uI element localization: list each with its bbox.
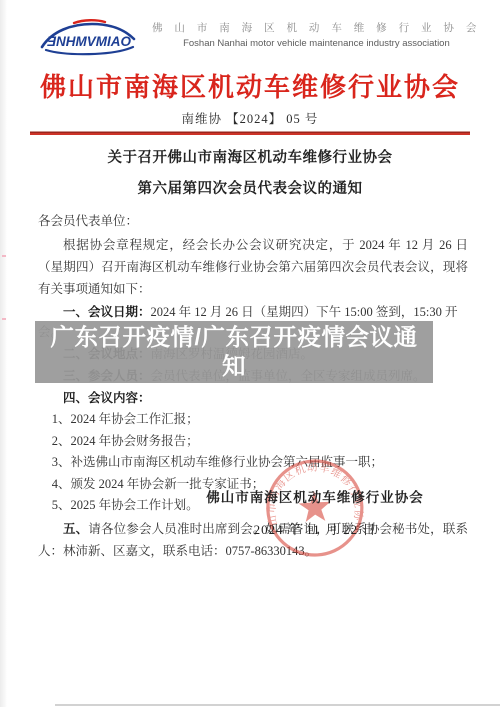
overlay-title-text: 广东召开疫情/广东召开疫情会议通知 — [39, 323, 429, 381]
agenda-item-1: 1、2024 年协会工作汇报； — [38, 409, 468, 430]
letterhead-text: 佛 山 市 南 海 区 机 动 车 维 修 行 业 协 会 Foshan Nan… — [152, 17, 481, 49]
scan-bottom-edge — [55, 704, 500, 706]
scan-mark — [2, 255, 6, 257]
org-name-english: Foshan Nanhai motor vehicle maintenance … — [152, 38, 481, 49]
document-number: 南维协 【2024】 05 号 — [0, 109, 500, 127]
association-logo-icon: ƎNHMVMIAO — [36, 17, 142, 59]
meeting-date-label: 一、会议日期： — [63, 305, 151, 319]
notice-title-line2: 第六届第四次会员代表会议的通知 — [0, 177, 500, 198]
notice-title-line1: 关于召开佛山市南海区机动车维修行业协会 — [0, 146, 500, 167]
logo-text: ƎNHMVMIAO — [47, 34, 131, 49]
closing-label: 五、 — [63, 522, 88, 536]
signature-org-name: 佛山市南海区机动车维修行业协会 — [130, 486, 500, 506]
intro-paragraph: 根据协会章程规定，经会长办公会议研究决定，于 2024 年 12 月 26 日（… — [38, 234, 468, 300]
agenda-header-line: 四、会议内容： — [38, 388, 468, 408]
agenda-item-3: 3、补选佛山市南海区机动车维修行业协会第六届监事一职； — [38, 452, 468, 473]
salutation: 各会员代表单位： — [38, 210, 468, 232]
document-red-title: 佛山市南海区机动车维修行业协会 — [0, 67, 500, 104]
signature-block: 佛山市南海区机动车维修行业协会 2024 年 11 月 22 日 — [130, 486, 500, 538]
scan-edge — [0, 0, 7, 707]
agenda-item-2: 2、2024 年协会财务报告； — [38, 431, 468, 452]
org-name-chinese: 佛 山 市 南 海 区 机 动 车 维 修 行 业 协 会 — [152, 20, 481, 35]
agenda-header-label: 四、会议内容： — [63, 391, 151, 405]
scan-mark — [2, 318, 6, 320]
red-divider-rule — [30, 133, 470, 135]
document-page: ƎNHMVMIAO 佛 山 市 南 海 区 机 动 车 维 修 行 业 协 会 … — [0, 0, 500, 707]
overlay-title-banner: 广东召开疫情/广东召开疫情会议通知 — [35, 321, 433, 383]
signature-date: 2024 年 11 月 22 日 — [130, 519, 500, 538]
letterhead: ƎNHMVMIAO 佛 山 市 南 海 区 机 动 车 维 修 行 业 协 会 … — [0, 0, 500, 59]
